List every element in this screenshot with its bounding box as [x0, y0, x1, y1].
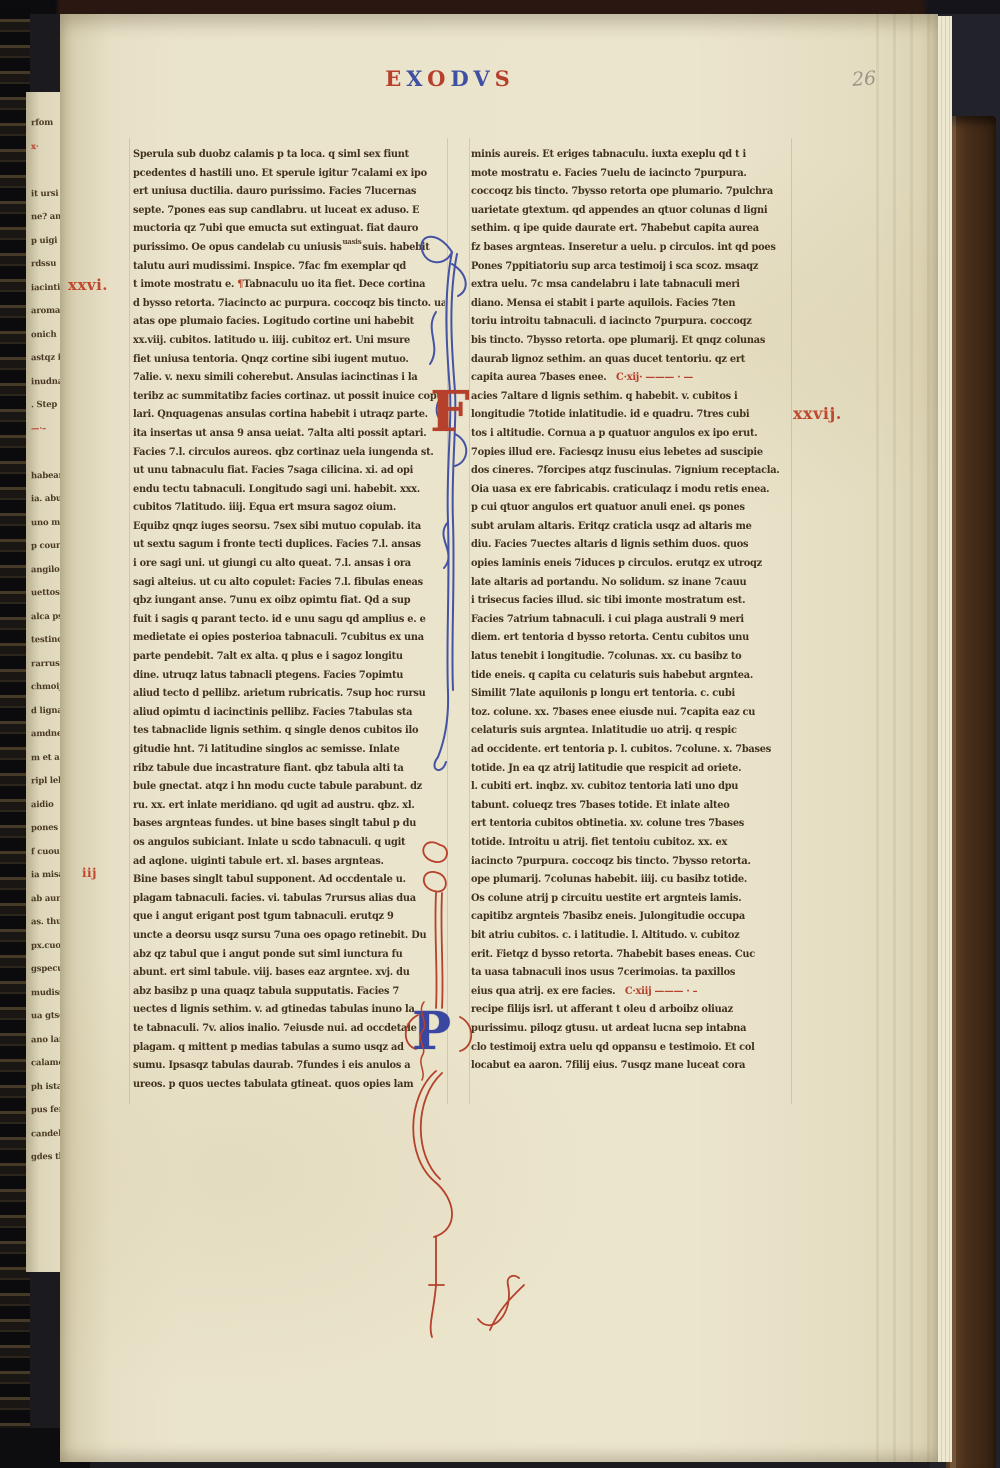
text-line: extra uelu. 7c msa candelabru i late tab… — [471, 276, 789, 295]
running-title-letter: S — [495, 66, 515, 91]
edge-text-fragment: testino — [31, 635, 63, 646]
body-text: fuit i sagis q parant tecto. id e unu sa… — [133, 614, 426, 625]
body-text: extra uelu. 7c msa candelabru i late tab… — [471, 279, 740, 290]
edge-text-fragment: astqz i — [31, 353, 61, 364]
running-title-letter: V — [473, 66, 494, 91]
body-text: tabunt. colueqz tres 7bases totide. Et i… — [471, 800, 730, 811]
body-text: totide. Jn ea qz atrij latitudie que res… — [471, 763, 741, 774]
edge-text-fragment: amdne — [31, 729, 62, 740]
edge-text-fragment: aroma — [31, 306, 60, 317]
body-text: i trisecus facies illud. sic tibi imonte… — [471, 595, 745, 606]
body-text: diu. Facies 7uectes altaris d lignis set… — [471, 539, 748, 550]
text-line: p cui qtuor angulos ert quatuor anuli en… — [471, 499, 789, 518]
text-line: tabunt. colueqz tres 7bases totide. Et i… — [471, 797, 789, 816]
body-text: minis aureis. Et eriges tabnaculu. iuxta… — [471, 149, 746, 160]
edge-text-fragment: habear — [31, 470, 63, 481]
text-line: fz bases argnteas. Inseretur a uelu. p c… — [471, 239, 789, 258]
running-title-letter: X — [406, 66, 427, 91]
text-line: diem. ert tentoria d bysso retorta. Cent… — [471, 629, 789, 648]
body-text: talutu auri mudissimi. Inspice. 7fac fm … — [133, 261, 406, 272]
text-line: acies 7altare d lignis sethim. q habebit… — [471, 388, 789, 407]
body-text: Facies 7atrium tabnaculi. i cui plaga au… — [471, 614, 744, 625]
body-text: bis tincto. 7bysso retorta. ope plumarij… — [471, 335, 765, 346]
text-line: ert tentoria cubitos obtinetia. xv. colu… — [471, 815, 789, 834]
body-text: bule gnectat. atqz i hn modu cucte tabul… — [133, 781, 422, 792]
edge-text-fragment: aidio — [31, 799, 54, 809]
body-text: i ore sagi uni. ut giungi cu alto queat.… — [133, 558, 411, 569]
body-text: dine. utruqz latus tabnacli ptegens. Fac… — [133, 670, 403, 681]
body-text: longitudie 7totide inlatitudie. id e qua… — [471, 409, 749, 420]
body-text: toriu introitu tabnaculi. d iacincto 7pu… — [471, 316, 752, 327]
body-text: medietate ei opies posterioa tabnaculi. … — [133, 632, 424, 643]
text-line: Pones 7ppitiatoriu sup arca testimoij i … — [471, 258, 789, 277]
penwork-flourish-red — [372, 833, 547, 1348]
edge-text-fragment: ia misa — [31, 870, 64, 881]
body-text: sagi alteius. ut cu alto copulet: Facies… — [133, 577, 423, 588]
edge-text-fragment: ne? am — [31, 212, 64, 223]
text-line: Facies 7atrium tabnaculi. i cui plaga au… — [471, 611, 789, 630]
text-line: ad occidente. ert tentoria p. l. cubitos… — [471, 741, 789, 760]
text-line: diu. Facies 7uectes altaris d lignis set… — [471, 536, 789, 555]
text-line: ru. xx. ert inlate meridiano. qd ugit ad… — [133, 797, 445, 816]
text-line: ert uniusa ductilia. dauro purissimo. Fa… — [133, 183, 445, 202]
text-line: sethim. q ipe quide daurate ert. 7habebu… — [471, 220, 789, 239]
text-line: Oia uasa ex ere fabricabis. craticulaqz … — [471, 481, 789, 500]
edge-text-fragment: onich — [31, 329, 57, 339]
edge-text-fragment: . Step — [31, 400, 57, 410]
body-text: ribz tabule due incastrature fiant. qbz … — [133, 763, 404, 774]
body-text: Facies 7.l. circulos aureos. qbz cortina… — [133, 447, 434, 458]
running-title-exodus: EXODVS — [360, 66, 540, 91]
body-text: Equibz qnqz iuges seorsu. 7sex sibi mutu… — [133, 521, 421, 532]
rubric-text: C·xij· ——— · — — [606, 372, 693, 383]
edge-text-fragment: gspecu — [31, 964, 63, 975]
body-text: Bine bases singlt tabul supponent. Ad oc… — [133, 874, 406, 885]
text-line: late altaris ad portandu. No solidum. sz… — [471, 574, 789, 593]
text-line: daurab lignoz sethim. an quas ducet tent… — [471, 351, 789, 370]
body-text: uarietate gtextum. qd appendes an qtuor … — [471, 205, 767, 216]
edge-text-fragment: iacinti — [31, 282, 60, 293]
body-text: p cui qtuor angulos ert quatuor anuli en… — [471, 502, 745, 513]
edge-text-fragment: —·– — [31, 423, 46, 433]
body-text: fz bases argnteas. Inseretur a uelu. p c… — [471, 242, 776, 253]
body-text: bases argnteas fundes. ut bine bases sin… — [133, 818, 416, 829]
text-line: uarietate gtextum. qd appendes an qtuor … — [471, 202, 789, 221]
body-text: muctoria qz 7ubi que emucta sut extingua… — [133, 223, 418, 234]
running-title-letter: E — [385, 66, 406, 91]
body-text: teribz ac summitatibz facies cortinaz. u… — [133, 391, 443, 402]
body-text: endu tectu tabnaculi. Longitudo sagi uni… — [133, 484, 420, 495]
body-text: tes tabnaclide lignis sethim. q single d… — [133, 725, 418, 736]
edge-text-fragment: ia. abu — [31, 494, 62, 505]
text-line: toriu introitu tabnaculi. d iacincto 7pu… — [471, 313, 789, 332]
interlinear-gloss: uasis — [342, 237, 361, 246]
body-text: ita insertas ut ansa 9 ansa ueiat. 7alta… — [133, 428, 426, 439]
body-text: lari. Qnquagenas ansulas cortina habebit… — [133, 409, 428, 420]
body-text: coccoqz bis tincto. 7bysso retorta ope p… — [471, 186, 773, 197]
edge-text-fragment: x· — [31, 141, 39, 151]
text-line: 7opies illud ere. Faciesqz inusu eius le… — [471, 444, 789, 463]
body-text: ut unu tabnaculu fiat. Facies 7saga cili… — [133, 465, 413, 476]
body-text: acies 7altare d lignis sethim. q habebit… — [471, 391, 738, 402]
body-text: septe. 7pones eas sup candlabru. ut luce… — [133, 205, 419, 216]
body-text: diano. Mensa ei stabit i parte aquilois.… — [471, 298, 735, 309]
body-text: que i angut erigant post tgum tabnaculi.… — [133, 911, 394, 922]
rubric-text: C·xiij ——— · – — [615, 986, 697, 997]
body-text: abz basibz p una quaqz tabula supputatis… — [133, 986, 399, 997]
text-line: Sperula sub duobz calamis p ta loca. q s… — [133, 146, 445, 165]
manuscript-page: EXODVS 26 xxvi. iij xxvij. Sperula sub d… — [60, 14, 938, 1462]
text-line: coccoqz bis tincto. 7bysso retorta ope p… — [471, 183, 789, 202]
edge-text-fragment: uno mi — [31, 517, 63, 528]
edge-text-fragment: rfom — [31, 118, 53, 128]
body-text: aliud opimtu d iacinctinis pellibz. Faci… — [133, 707, 412, 718]
body-text: l. cubiti ert. inqbz. xv. cubitoz tentor… — [471, 781, 738, 792]
body-text: subt arulam altaris. Eritqz craticla usq… — [471, 521, 752, 532]
body-text: cubitos 7latitudo. iiij. Equa ert msura … — [133, 502, 396, 513]
text-line: bases argnteas fundes. ut bine bases sin… — [133, 815, 445, 834]
text-line: capita aurea 7bases enee. C·xij· ——— · — — [471, 369, 789, 388]
body-text: ert uniusa ductilia. dauro purissimo. Fa… — [133, 186, 416, 197]
body-text: ut sextu sagum i fronte tecti duplices. … — [133, 539, 421, 550]
penwork-flourish-blue — [398, 222, 498, 782]
body-text: toz. colune. xx. 7bases enee eiusde nui.… — [471, 707, 755, 718]
text-line: opies laminis eneis 7iduces p circulos. … — [471, 555, 789, 574]
text-line: l. cubiti ert. inqbz. xv. cubitoz tentor… — [471, 778, 789, 797]
body-text: daurab lignoz sethim. an quas ducet tent… — [471, 354, 745, 365]
initial-F: F — [430, 384, 470, 440]
text-line: latus tenebit i longitudie. 7colunas. xx… — [471, 648, 789, 667]
body-text: mote mostratu e. Facies 7uelu de iacinct… — [471, 168, 747, 179]
page-curl-shading — [862, 14, 932, 1462]
body-text: plagam. q mittent p medias tabulas a sum… — [133, 1042, 404, 1053]
body-text: t imote mostratu e. — [133, 279, 237, 290]
edge-text-fragment: px.cuo — [31, 940, 61, 951]
book-cover-edge — [946, 116, 996, 1468]
body-text: atas ope plumaio facies. Logitudo cortin… — [133, 316, 414, 327]
body-text: xx.viij. cubitos. latitudo u. iiij. cubi… — [133, 335, 410, 346]
text-line: diano. Mensa ei stabit i parte aquilois.… — [471, 295, 789, 314]
edge-text-fragment: chmoij — [31, 682, 62, 693]
folio-number: 26 — [851, 67, 877, 91]
body-text: 7opies illud ere. Faciesqz inusu eius le… — [471, 447, 763, 458]
body-text: qbz iungant anse. 7unu ex oibz opimtu fi… — [133, 595, 410, 606]
body-text: Similit 7late aquilonis p longu ert tent… — [471, 688, 735, 699]
body-text: sumu. Ipsasqz tabulas daurab. 7fundes i … — [133, 1060, 410, 1071]
manuscript-photo: rfomx·it ursine? amp uigirdssuiacintiaro… — [0, 0, 1000, 1468]
running-title-letter: O — [427, 66, 450, 91]
text-line: longitudie 7totide inlatitudie. id e qua… — [471, 406, 789, 425]
body-text: ad aqlone. uiginti tabule ert. xl. bases… — [133, 856, 384, 867]
ruling-line — [129, 138, 130, 1104]
body-text: ad occidente. ert tentoria p. l. cubitos… — [471, 744, 771, 755]
text-line: totide. Jn ea qz atrij latitudie que res… — [471, 760, 789, 779]
edge-text-fragment: it ursi — [31, 188, 59, 198]
body-text: ru. xx. ert inlate meridiano. qd ugit ad… — [133, 800, 415, 811]
quire-mark-iij: iij — [82, 866, 97, 880]
text-line: minis aureis. Et eriges tabnaculu. iuxta… — [471, 146, 789, 165]
margin-mark-red — [412, 998, 434, 1086]
body-text: fiet uniusa tentoria. Qnqz cortine sibi … — [133, 354, 409, 365]
text-line: bis tincto. 7bysso retorta. ope plumarij… — [471, 332, 789, 351]
body-text: ert tentoria cubitos obtinetia. xv. colu… — [471, 818, 744, 829]
body-text: Oia uasa ex ere fabricabis. craticulaqz … — [471, 484, 769, 495]
text-line: i trisecus facies illud. sic tibi imonte… — [471, 592, 789, 611]
text-line: subt arulam altaris. Eritqz craticla usq… — [471, 518, 789, 537]
body-text: aliud tecto d pellibz. arietum rubricati… — [133, 688, 426, 699]
body-text: pcedentes d hastili uno. Et sperule igit… — [133, 168, 427, 179]
text-line: dos cineres. 7forcipes atqz fuscinulas. … — [471, 462, 789, 481]
text-line: tide eneis. q capita cu celaturis suis h… — [471, 667, 789, 686]
body-text: tide eneis. q capita cu celaturis suis h… — [471, 670, 753, 681]
body-text: gitudie hnt. 7i latitudine singlos ac se… — [133, 744, 400, 755]
body-text: late altaris ad portandu. No solidum. sz… — [471, 577, 746, 588]
body-text: opies laminis eneis 7iduces p circulos. … — [471, 558, 762, 569]
body-text: sethim. q ipe quide daurate ert. 7habebu… — [471, 223, 759, 234]
body-text: latus tenebit i longitudie. 7colunas. xx… — [471, 651, 741, 662]
book-top-edge — [0, 0, 1000, 14]
body-text: Sperula sub duobz calamis p ta loca. q s… — [133, 149, 409, 160]
running-title-letter: D — [450, 66, 473, 91]
body-text: purissimo. Oe opus candelab cu uniusis — [133, 242, 341, 253]
edge-text-fragment: f cuoui — [31, 846, 63, 857]
body-text: tos i altitudie. Cornua a p quatuor angu… — [471, 428, 757, 439]
body-text: os angulos subiciant. Inlate u scdo tabn… — [133, 837, 405, 848]
edge-text-fragment: inudna — [31, 376, 63, 387]
edge-text-fragment: ab aur — [31, 893, 61, 904]
body-text: diem. ert tentoria d bysso retorta. Cent… — [471, 632, 749, 643]
text-line: Similit 7late aquilonis p longu ert tent… — [471, 685, 789, 704]
body-text: Pones 7ppitiatoriu sup arca testimoij i … — [471, 261, 758, 272]
body-text: parte pendebit. 7alt ex alta. q plus e i… — [133, 651, 403, 662]
text-line: pcedentes d hastili uno. Et sperule igit… — [133, 165, 445, 184]
text-line: tos i altitudie. Cornua a p quatuor angu… — [471, 425, 789, 444]
text-line: mote mostratu e. Facies 7uelu de iacinct… — [471, 165, 789, 184]
edge-text-fragment: rarrusi — [31, 658, 63, 669]
edge-text-fragment: p uigi — [31, 235, 57, 245]
edge-text-fragment: m et a — [31, 752, 60, 762]
edge-text-fragment: d ligna — [31, 705, 63, 716]
chapter-number-xxvi: xxvi. — [68, 276, 108, 294]
ruling-line — [791, 138, 792, 1104]
body-text: abz qz tabul que i angut ponde sut siml … — [133, 949, 403, 960]
edge-text-fragment: rdssu — [31, 259, 56, 269]
edge-text-fragment: alca ps — [31, 611, 63, 622]
text-line: toz. colune. xx. 7bases enee eiusde nui.… — [471, 704, 789, 723]
edge-text-fragment: uettos — [31, 588, 60, 598]
body-text: dos cineres. 7forcipes atqz fuscinulas. … — [471, 465, 780, 476]
chapter-number-xxvij: xxvij. — [793, 404, 842, 423]
body-text: celaturis suis argntea. Inlatitudie uo a… — [471, 725, 737, 736]
text-line: celaturis suis argntea. Inlatitudie uo a… — [471, 722, 789, 741]
body-text: 7alie. v. nexu simili coherebut. Ansulas… — [133, 372, 417, 383]
body-text: abunt. ert siml tabule. viij. bases eaz … — [133, 967, 410, 978]
text-line: septe. 7pones eas sup candlabru. ut luce… — [133, 202, 445, 221]
